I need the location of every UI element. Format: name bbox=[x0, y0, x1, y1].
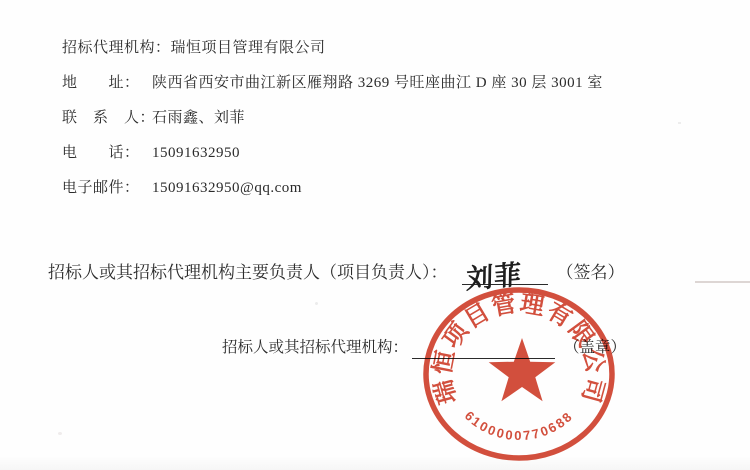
scan-speckle bbox=[678, 122, 681, 124]
scan-artifact-bottom-shade bbox=[0, 456, 750, 470]
company-seal-stamp: 瑞恒项目管理有限公司 6100000770688 bbox=[421, 286, 617, 462]
field-value-agency: 瑞恒项目管理有限公司 bbox=[171, 40, 326, 56]
field-label-email: 电子邮件： bbox=[62, 179, 152, 198]
field-value-address: 陕西省西安市曲江新区雁翔路 3269 号旺座曲江 D 座 30 层 3001 室 bbox=[152, 75, 603, 91]
responsible-person-line: 招标人或其招标代理机构主要负责人（项目负责人）：刘菲（签名） bbox=[48, 261, 625, 285]
scan-artifact-line bbox=[695, 281, 750, 283]
seal-registration-number: 6100000770688 bbox=[462, 408, 576, 443]
scanned-document-page: 招标代理机构：瑞恒项目管理有限公司 地 址：陕西省西安市曲江新区雁翔路 3269… bbox=[0, 0, 750, 470]
stamp-line-label: 招标人或其招标代理机构： bbox=[222, 339, 408, 356]
seal-star-icon bbox=[489, 338, 556, 401]
field-label-agency: 招标代理机构： bbox=[62, 40, 171, 56]
field-row-email: 电子邮件：15091632950@qq.com bbox=[45, 160, 302, 217]
signature-suffix: （签名） bbox=[557, 263, 625, 282]
field-value-contacts: 石雨鑫、刘菲 bbox=[152, 110, 245, 126]
field-value-phone: 15091632950 bbox=[152, 145, 240, 161]
scan-speckle bbox=[58, 432, 62, 435]
signature-underline: 刘菲 bbox=[462, 261, 548, 285]
responsible-person-label: 招标人或其招标代理机构主要负责人（项目负责人）： bbox=[48, 263, 448, 282]
field-value-email: 15091632950@qq.com bbox=[152, 180, 302, 196]
scan-speckle bbox=[315, 302, 318, 305]
